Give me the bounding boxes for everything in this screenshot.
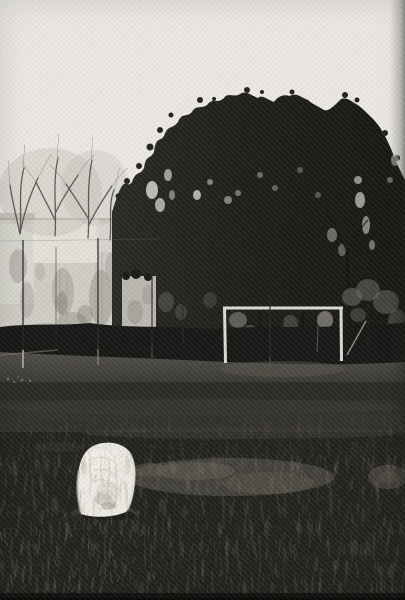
photo-svg <box>0 0 405 600</box>
photograph <box>0 0 405 600</box>
film-grain <box>0 0 405 600</box>
